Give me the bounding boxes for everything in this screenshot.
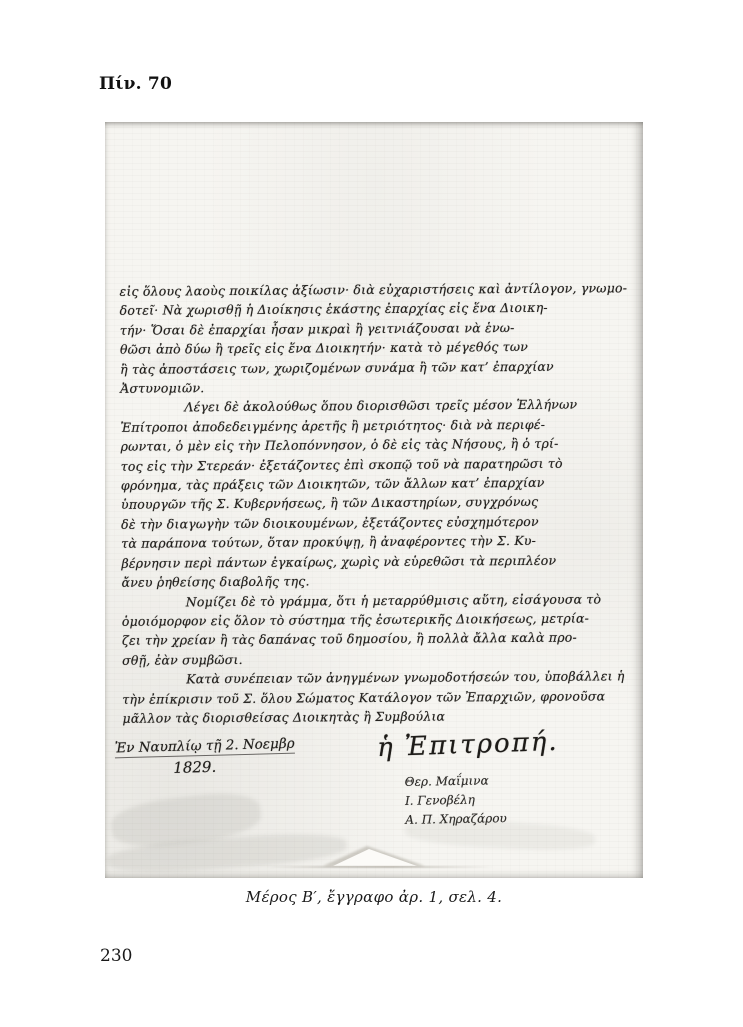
dateline-year: 1829. bbox=[173, 756, 295, 777]
signatory-line: Ι. Γενοβέλη bbox=[405, 790, 507, 811]
book-page: { "page": { "plate_label": "Πίν. 70", "c… bbox=[0, 0, 743, 1027]
committee-signature: ἡ Ἐπιτροπή. bbox=[377, 727, 559, 763]
figure-caption: Μέρος Β′, ἔγγραφο ἀρ. 1, σελ. 4. bbox=[105, 888, 643, 906]
fold-crease-highlight bbox=[333, 849, 417, 866]
page-number: 230 bbox=[100, 946, 132, 966]
manuscript-line: τος εἰς τὴν Στερεάν· ἐξετάζοντες ἐπὶ σκο… bbox=[121, 453, 629, 476]
fold-crease-line bbox=[265, 866, 495, 868]
signatory-line: Θερ. Μαΐμινα bbox=[405, 771, 507, 792]
dateline-place: Ἐν Ναυπλίῳ τῇ 2. Νοεμβρ bbox=[115, 736, 295, 759]
manuscript-line: τὴν ἐπίκρισιν τοῦ Σ. ὅλου Σώματος Κατάλο… bbox=[122, 686, 630, 709]
manuscript-line: εἰς ὅλους λαοὺς ποικίλας ἀξίωσιν· διὰ εὐ… bbox=[119, 278, 627, 301]
manuscript-line: βέρνησιν περὶ πάντων ἐγκαίρως, χωρὶς νὰ … bbox=[121, 550, 629, 573]
manuscript-line: ἢ τὰς ἀποστάσεις των, χωριζομένων συνάμα… bbox=[120, 356, 628, 379]
manuscript-text-block: εἰς ὅλους λαοὺς ποικίλας ἀξίωσιν· διὰ εὐ… bbox=[119, 278, 630, 728]
manuscript-scan: εἰς ὅλους λαοὺς ποικίλας ἀξίωσιν· διὰ εὐ… bbox=[105, 122, 643, 878]
manuscript-line: Λέγει δὲ ἀκολούθως ὅπου διορισθῶσι τρεῖς… bbox=[120, 395, 628, 418]
plate-label: Πίν. 70 bbox=[99, 74, 172, 94]
manuscript-line: ζει τὴν χρείαν ἢ τὰς δαπάνας τοῦ δημοσίο… bbox=[122, 628, 630, 651]
manuscript-line: μᾶλλον τὰς διορισθείσας Διοικητὰς ἢ Συμβ… bbox=[122, 705, 630, 728]
bleedthrough-mark bbox=[404, 817, 595, 853]
manuscript-dateline: Ἐν Ναυπλίῳ τῇ 2. Νοεμβρ 1829. bbox=[115, 736, 296, 779]
